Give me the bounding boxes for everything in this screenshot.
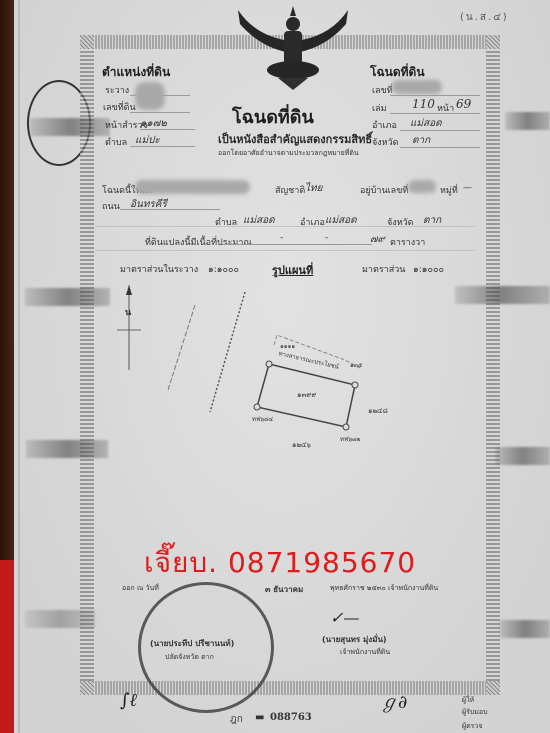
- signatory-right-title: เจ้าพนักงานที่ดิน: [340, 647, 390, 658]
- east-neighbor: ๑๒๔๘: [368, 406, 388, 417]
- north-neighbor: ๑๑๑๑: [280, 341, 295, 351]
- land-plan-drawing: [0, 0, 550, 733]
- corner-marker: ทฟ๖๘๔: [252, 414, 273, 424]
- issued-date: ๓ ธันวาคม: [265, 583, 303, 596]
- signature: ✓—: [330, 608, 359, 627]
- signatory-left-title: ปลัดจังหวัด ตาก: [165, 652, 214, 663]
- signature: ℊ∂: [380, 688, 407, 714]
- serial-number: 088763: [270, 712, 312, 723]
- parcel-number: ๑๓๙๙: [297, 390, 316, 401]
- issued-label: ออก ณ วันที่: [122, 583, 159, 594]
- south-neighbor: ๑๒๔๖: [292, 440, 311, 451]
- right-footer-label: ผู้ให้: [462, 695, 474, 706]
- signatory-right: (นายสุนทร มุ่งมั่น): [322, 633, 387, 646]
- corner-marker: ทฟ๖๗๒: [340, 434, 360, 444]
- serial-prefix: ฎก: [230, 712, 243, 727]
- right-footer-label: ผู้ตรวจ: [462, 721, 482, 732]
- right-footer-label: ผู้รับมอบ: [462, 707, 488, 718]
- contact-watermark: เจี๊ยบ. 0871985670: [144, 541, 416, 585]
- signatory-left: (นายประทีป ปรีชานนท์): [150, 637, 234, 650]
- officer-line: พุทธศักราช ๒๕๓๐ เจ้าพนักงานที่ดิน: [330, 583, 438, 594]
- north-arrow-label: น: [125, 305, 131, 319]
- signature: ∫ℓ: [120, 690, 137, 711]
- corner-marker: ๑๓๕: [350, 360, 362, 370]
